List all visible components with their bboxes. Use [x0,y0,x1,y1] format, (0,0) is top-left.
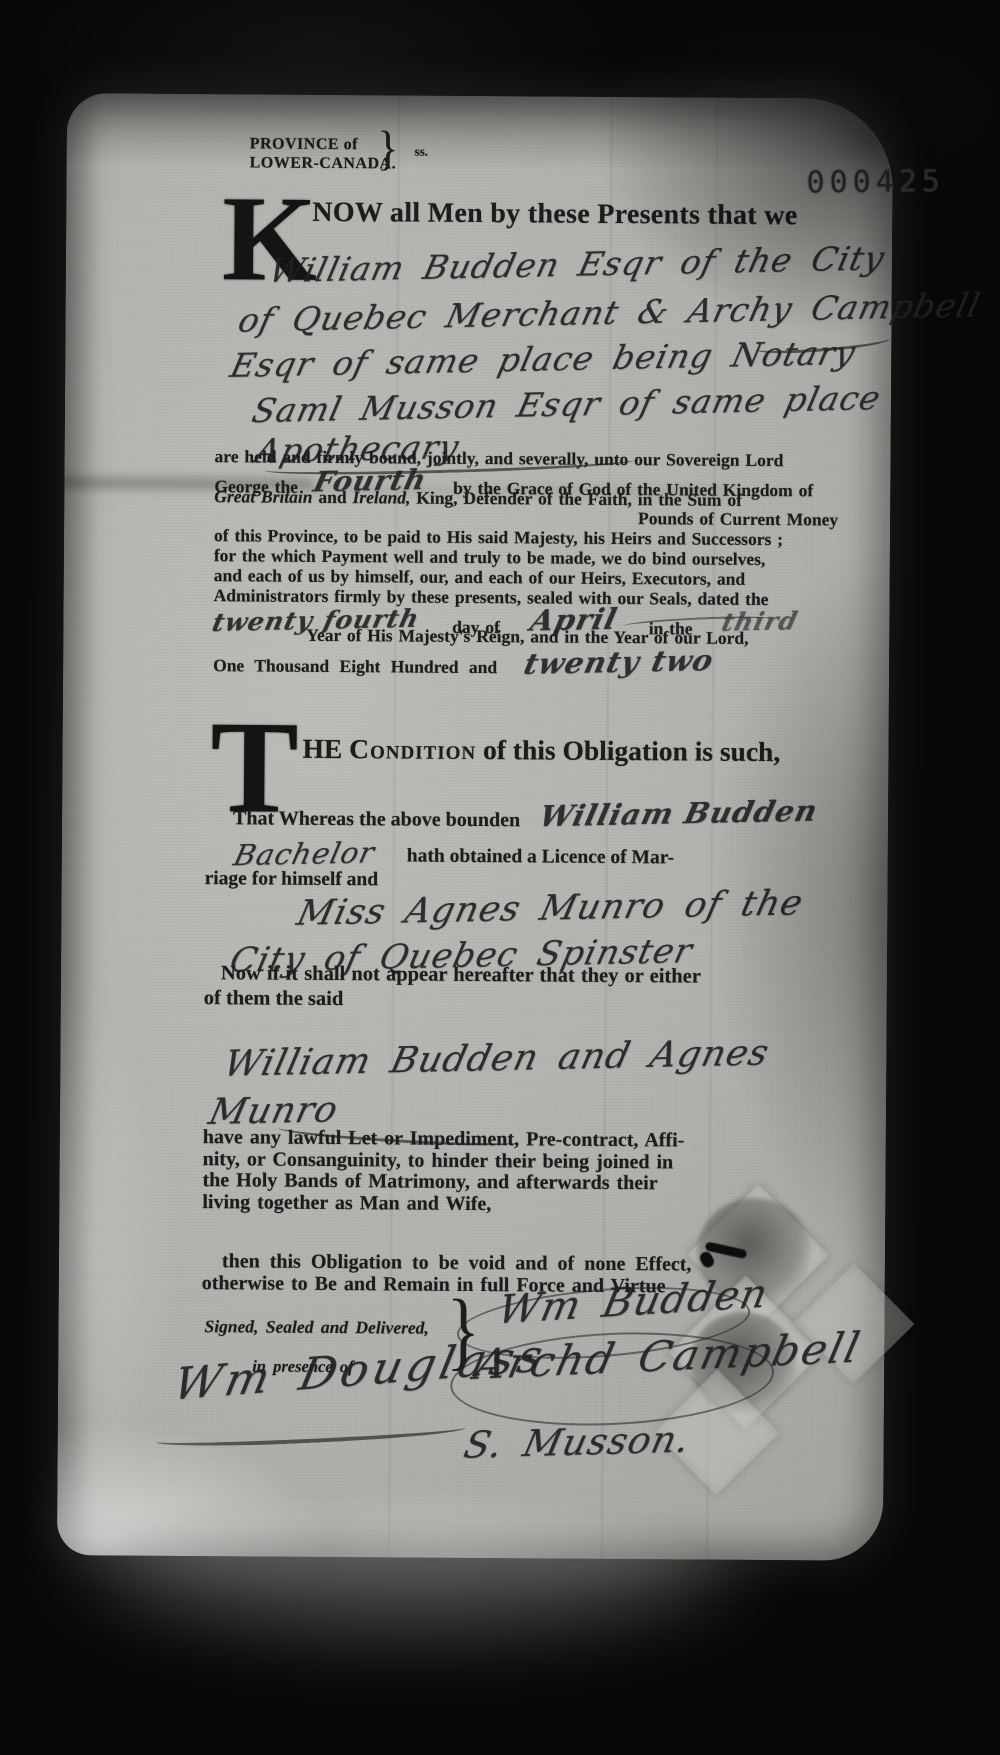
signed-sealed-label: Signed, Sealed and Delivered, [204,1316,428,1339]
whereas-line: riage for himself and [205,868,379,891]
now-if-line: Now if it shall not appear hereafter tha… [221,962,701,988]
header-brace: } [377,120,399,176]
opening-line: NOW all Men by these Presents that we [312,197,797,232]
condition-text: HE [302,733,349,764]
handwritten-parties-line: Saml Musson Esqr of same place [248,378,885,430]
impediment-paragraph: have any lawful Let or Impediment, Pre-c… [202,1126,763,1216]
handwritten-status: Bachelor [230,835,378,872]
handwritten-king: Fourth [310,463,430,498]
whereas-line: hath obtained a Licence of Mar- [407,846,675,870]
impediment-line: living together as Man and Wife, [202,1191,762,1216]
handwritten-year: twenty two [521,643,717,681]
pen-flourish [156,1420,466,1450]
whereas-text: That Whereas the above bounden [233,807,520,831]
surety-signature: S. Musson. [460,1418,694,1467]
condition-smallcaps: Condition [349,733,476,765]
province-line1: PROVINCE of [250,134,397,154]
handwritten-day: twenty fourth [209,604,422,637]
condition-heading: HE Condition of this Obligation is such, [302,733,780,768]
bond-text: King, Defender of the Faith, in the Sum … [416,487,742,509]
handwritten-couple-line: William Budden and Agnes [220,1033,773,1085]
handwritten-groom-name: William Budden [536,794,821,834]
serial-number-stamp: 000425 [806,164,945,200]
now-if-line: of them the said [204,987,344,1011]
handwritten-parties-line: William Budden Esqr of the City [265,238,888,290]
province-heading: PROVINCE of LOWER-CANADA. [250,134,397,173]
bond-clause-paragraph: are held and firmly bound, jointly, and … [213,446,839,668]
bond-document-page: PROVINCE of LOWER-CANADA. } ss. 000425 K… [57,93,893,1561]
screenshot-root: { "document": { "header": { "province_li… [0,0,1000,1755]
bond-text: One Thousand Eight Hundred and [213,655,497,677]
whereas-line: That Whereas the above bounden William B… [233,797,817,835]
handwritten-month: April [528,602,621,638]
condition-text: of this Obligation is such, [476,734,780,767]
ss-abbreviation: ss. [415,144,428,160]
province-line2: LOWER-CANADA. [250,153,397,173]
bond-text-italic: Great Britain [214,486,312,507]
